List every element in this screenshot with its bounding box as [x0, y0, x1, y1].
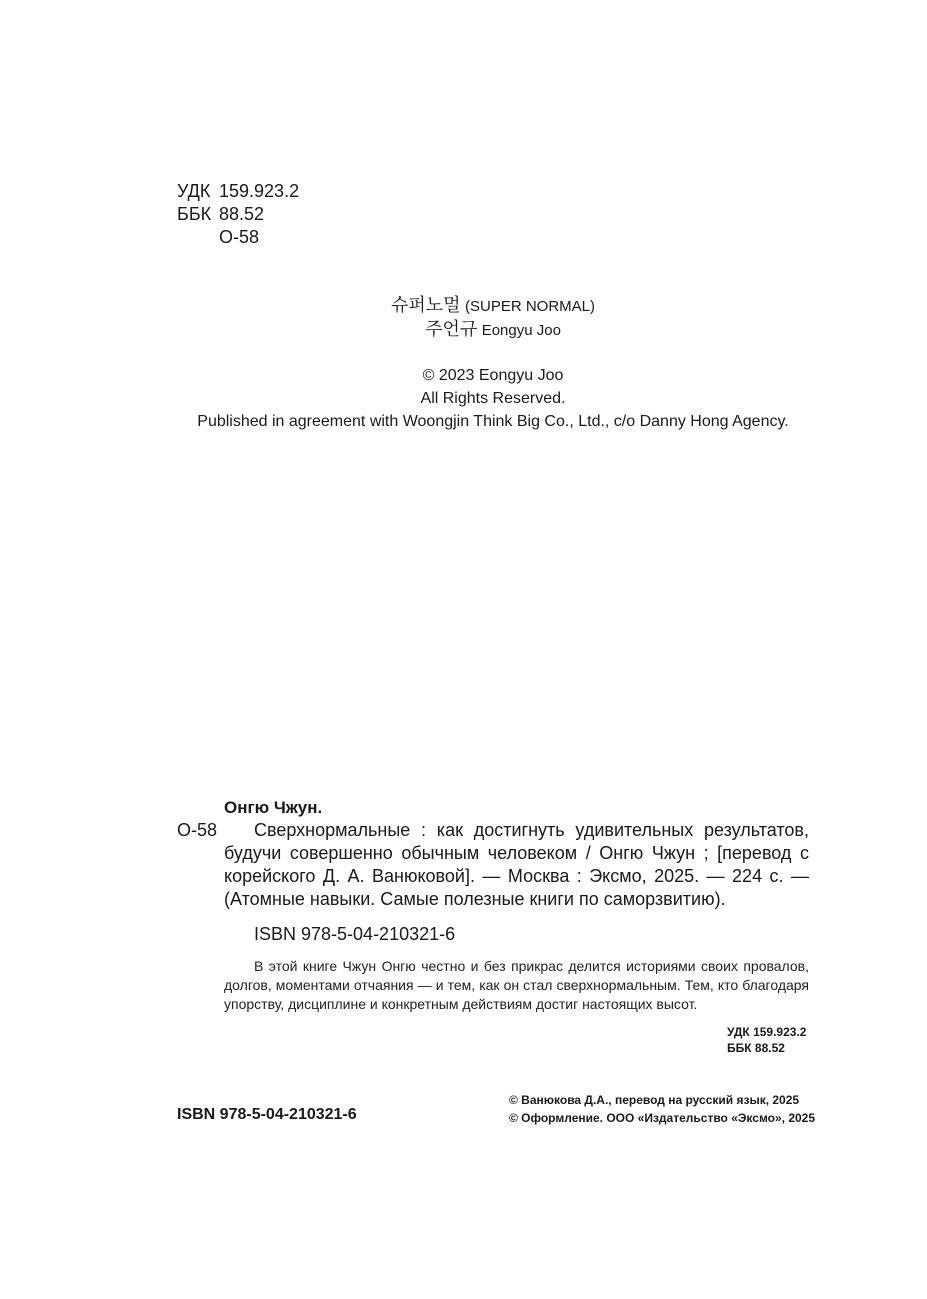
- udk-label: УДК: [177, 180, 219, 203]
- bbk-value: 88.52: [219, 203, 264, 226]
- isbn-bottom: ISBN 978-5-04-210321-6: [177, 1106, 357, 1124]
- annotation: В этой книге Чжун Онгю честно и без прик…: [224, 957, 809, 1014]
- bottom-bbk: ББК 88.52: [727, 1040, 806, 1056]
- rights-block: © Ванюкова Д.А., перевод на русский язык…: [509, 1091, 815, 1127]
- english-title: (SUPER NORMAL): [465, 298, 595, 315]
- catalog-code: О-58: [177, 819, 217, 842]
- copyright-line: © 2023 Eongyu Joo: [0, 364, 927, 387]
- rights-reserved-line: All Rights Reserved.: [0, 387, 927, 410]
- original-title-line: 슈퍼노멀 (SUPER NORMAL): [0, 294, 927, 318]
- catalog-isbn: ISBN 978-5-04-210321-6: [177, 923, 809, 946]
- catalog-card: Онгю Чжун. О-58 Сверхнормальные : как до…: [177, 796, 809, 946]
- bbk-label: ББК: [177, 203, 219, 226]
- english-author: Eongyu Joo: [482, 322, 561, 339]
- copyright-block: © 2023 Eongyu Joo All Rights Reserved. P…: [0, 364, 927, 433]
- udk-row: УДК 159.923.2: [177, 180, 299, 203]
- classification-codes: УДК 159.923.2 ББК 88.52 О-58: [177, 180, 299, 249]
- design-rights: © Оформление. ООО «Издательство «Эксмо»,…: [509, 1109, 815, 1127]
- catalog-description: Сверхнормальные : как достигнуть удивите…: [224, 819, 809, 911]
- korean-title: 슈퍼노멀: [391, 295, 461, 315]
- original-title-block: 슈퍼노멀 (SUPER NORMAL) 주언규 Eongyu Joo: [0, 294, 927, 342]
- translation-rights: © Ванюкова Д.А., перевод на русский язык…: [509, 1091, 815, 1109]
- catalog-entry: О-58 Сверхнормальные : как достигнуть уд…: [177, 819, 809, 911]
- bottom-classification-codes: УДК 159.923.2 ББК 88.52: [727, 1024, 806, 1056]
- bottom-udk: УДК 159.923.2: [727, 1024, 806, 1040]
- bbk-row: ББК 88.52: [177, 203, 299, 226]
- udk-value: 159.923.2: [219, 180, 299, 203]
- author-sign: О-58: [177, 226, 299, 249]
- original-author-line: 주언규 Eongyu Joo: [0, 318, 927, 342]
- korean-author: 주언규: [425, 319, 477, 339]
- catalog-author: Онгю Чжун.: [177, 796, 809, 819]
- agreement-line: Published in agreement with Woongjin Thi…: [0, 410, 927, 433]
